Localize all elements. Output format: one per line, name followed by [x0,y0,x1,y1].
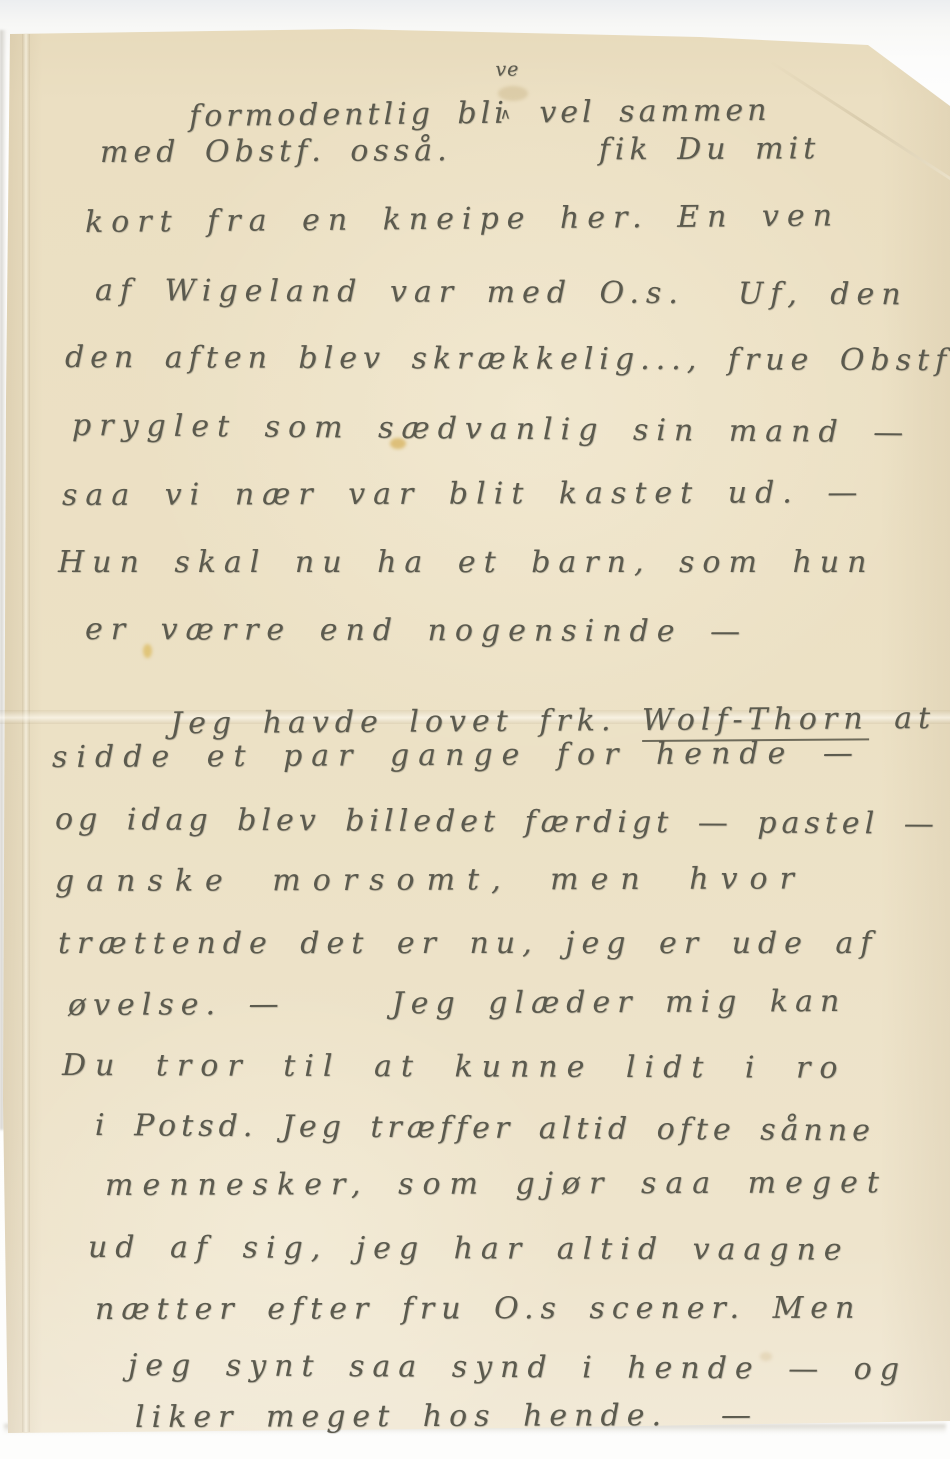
line-text: at [868,701,936,736]
letter-line: Du tror til at kunne lidt i ro [62,1048,847,1086]
letter-line: kort fra en kneipe her. En ven [85,198,840,240]
letter-line: af Wigeland var med O.s. Uf, den [95,273,908,312]
inserted-word: ve [495,59,519,81]
letter-line: sidde et par gange for hende — [52,736,862,775]
letter-line: trættende det er nu, jeg er ude af [58,926,878,961]
letter-line: ud af sig, jeg har altid vaagne [88,1230,850,1268]
letter-line: mennesker, som gjør saa meget [105,1165,888,1203]
letter-line: jeg synt saa synd i hende — og [128,1348,907,1387]
letter-line: ganske morsomt, men hvor [55,861,806,899]
letter-line: i Potsd. Jeg træffer altid ofte sånne [95,1108,875,1148]
letter-line: øvelse. — Jeg glæder mig kan [68,984,846,1023]
letter-line: Hun skal nu ha et barn, som hun [58,545,874,580]
letter-line: liker meget hos hende. — [135,1398,758,1435]
letter-line: nætter efter fru O.s scener. Men [95,1291,861,1327]
letter-line: med Obstf. osså. fik Du mit [100,131,820,170]
letter-line: og idag blev billedet færdigt — pastel — [55,802,939,842]
letter-line: pryglet som sædvanlig sin mand — [72,408,911,450]
letter-line: den aften blev skrækkelig..., frue Obstf… [65,340,950,378]
fold-crease-vertical [22,34,30,1432]
line-text: vel sammen [516,93,771,131]
line-text: formodentlig bli [189,96,508,134]
letter-line: saa vi nær var blit kastet ud. — [62,475,865,513]
insertion-caret: ∧ [500,105,515,123]
insertion: ve∧ [508,93,516,123]
letter-line: er værre end nogensinde — [85,612,748,649]
line-text: Jeg havde lovet frk. [170,703,642,741]
letter-scan: formodentlig blive∧ vel sammen med Obstf… [0,0,950,1459]
